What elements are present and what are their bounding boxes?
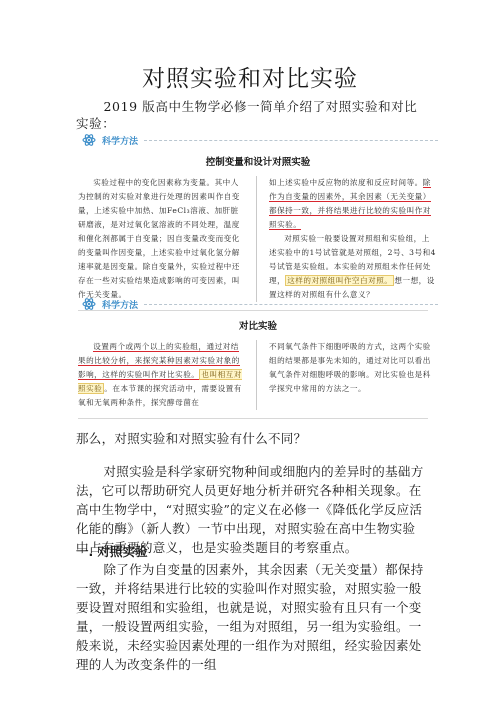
highlighted-term: 这样的对照组叫作空白对照。 [285,275,394,286]
excerpt-right-column: 不同氧气条件下细胞呼吸的方式，这两个实验组的结果都是事先未知的，通过对比可以看出… [257,340,437,410]
divider [144,140,438,141]
section-header: 科学方法 [78,296,438,312]
atom-icon [82,133,96,147]
section-header: 科学方法 [78,132,438,148]
section-heading: 一. 对照实验 [76,542,148,560]
question-line: 那么，对照实验和对照实验有什么不同？ [76,429,426,448]
atom-icon [82,297,96,311]
textbook-excerpt-comparison: 科学方法 对比实验 设置两个或两个以上的实验组，通过对结果的比较分析，来探究某种… [78,296,438,419]
section-label: 科学方法 [102,298,138,311]
page-title: 对照实验和对比实验 [0,60,500,93]
excerpt-subtitle: 控制变量和设计对照实验 [78,154,438,168]
section-label: 科学方法 [102,134,138,147]
excerpt-left-column: 设置两个或两个以上的实验组，通过对结果的比较分析，来探究某种因素对实验对象的影响… [78,340,257,410]
text-span: 如上述实验中反应物的浓度和反应时间等。 [269,178,423,187]
excerpt-right-column: 如上述实验中反应物的浓度和反应时间等。除作为自变量的因素外，其余因素（无关变量）… [257,176,437,302]
excerpt-left-column: 实验过程中的变化因素称为变量。其中人为控制的对实验对象进行处理的因素叫作自变量，… [78,176,257,302]
textbook-excerpt-control: 科学方法 控制变量和设计对照实验 实验过程中的变化因素称为变量。其中人为控制的对… [78,132,438,311]
divider [144,304,438,305]
excerpt-subtitle: 对比实验 [78,318,438,332]
document-page: 对照实验和对比实验 2019 版高中生物学必修一简单介绍了对照实验和对比实验： … [0,0,500,707]
paragraph-2: 除了作为自变量的因素外，其余因素（无关变量）都保持一致，并将结果进行比较的实验叫… [76,560,426,674]
intro-paragraph: 2019 版高中生物学必修一简单介绍了对照实验和对比实验： [76,98,428,132]
divider [78,418,428,419]
